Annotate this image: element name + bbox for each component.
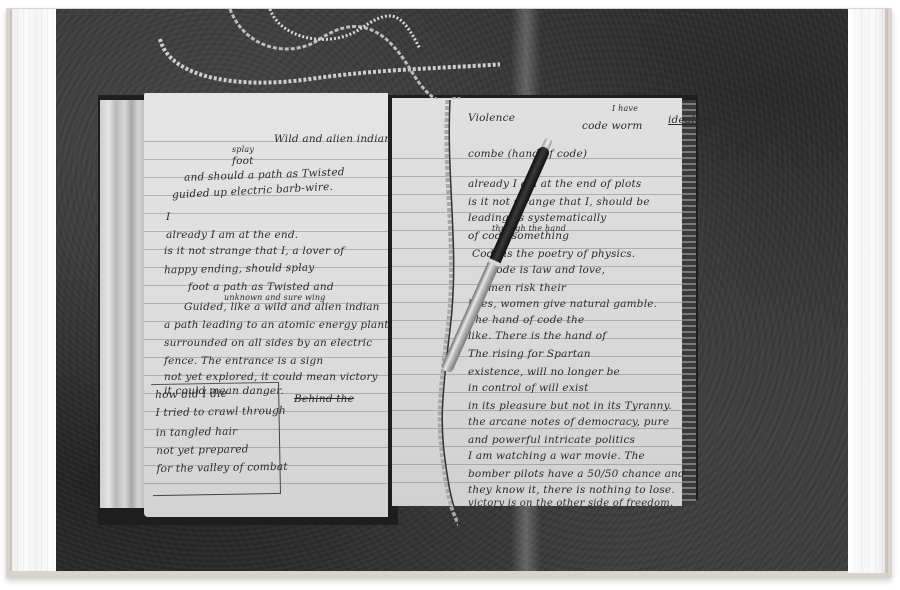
handwriting-annotation: idealism bbox=[668, 114, 714, 126]
handwriting-line: is it not strange that I, should be bbox=[468, 196, 650, 208]
handwriting-line: existence, will no longer be bbox=[468, 366, 620, 378]
handwriting-line: leading as systematically bbox=[468, 212, 606, 224]
poem-line: in tangled hair bbox=[156, 426, 238, 439]
handwriting-line: I am watching a war movie. The bbox=[468, 450, 645, 462]
handwriting-line: already I am at the end of plots bbox=[468, 178, 641, 190]
handwriting-line: in control of will exist bbox=[468, 382, 589, 394]
handwriting-header: Violence bbox=[468, 112, 515, 124]
handwriting-line: surrounded on all sides by an electric bbox=[164, 337, 372, 349]
handwriting-side-note: Behind the bbox=[294, 393, 354, 405]
notebook-cover-edge bbox=[682, 100, 696, 505]
poem-line: how did I die bbox=[155, 388, 227, 401]
handwriting-line: victory is on the other side of freedom. bbox=[468, 498, 673, 509]
book-page-edges-left bbox=[10, 9, 56, 571]
handwriting-line: The rising for Spartan bbox=[468, 348, 591, 360]
handwriting-line: fence. The entrance is a sign bbox=[164, 355, 323, 367]
notebook-page-stack bbox=[100, 100, 145, 508]
handwriting-line: is it not strange that I, a lover of bbox=[164, 245, 344, 257]
handwriting-line: the arcane notes of democracy, pure bbox=[468, 416, 669, 428]
book-page-edges-right bbox=[848, 9, 888, 573]
handwriting-header: Wild and alien indian bbox=[274, 133, 391, 145]
handwriting-line: a path leading to an atomic energy plant bbox=[164, 319, 389, 331]
handwriting-line: and powerful intricate politics bbox=[468, 434, 635, 446]
boxed-poem: how did I die I tried to crawl through i… bbox=[151, 382, 281, 496]
handwriting-line: men risk their bbox=[488, 282, 566, 294]
handwriting-line: The hand of code the bbox=[468, 314, 584, 326]
handwriting-line: like. There is the hand of bbox=[468, 330, 606, 342]
handwriting-line: Guided, like a wild and alien indian bbox=[184, 301, 380, 313]
handwriting-line: guided up electric barb-wire. bbox=[172, 181, 334, 201]
handwriting-annotation: code worm bbox=[582, 120, 643, 132]
handwriting-line: I bbox=[166, 211, 170, 223]
handwriting-line: happy ending, should splay bbox=[164, 262, 315, 277]
handwriting-annotation: foot bbox=[232, 155, 254, 167]
handwriting-annotation: I have bbox=[612, 104, 638, 113]
handwriting-line: foot a path as Twisted and bbox=[188, 281, 334, 293]
string-bookmark-tail bbox=[388, 100, 458, 570]
string-bookmark-loop bbox=[150, 9, 500, 99]
handwriting-line: bomber pilots have a 50/50 chance and bbox=[468, 468, 685, 480]
handwriting-line: lives, women give natural gamble. bbox=[468, 298, 657, 310]
handwriting-line: in its pleasure but not in its Tyranny. bbox=[468, 400, 672, 412]
poem-line: for the valley of combat bbox=[156, 461, 287, 475]
notebook-left-page: Wild and alien indian splay foot and sho… bbox=[144, 93, 388, 517]
poem-line: not yet prepared bbox=[156, 443, 249, 457]
handwriting-line: already I am at the end. bbox=[166, 229, 298, 241]
handwriting-annotation: splay bbox=[232, 145, 254, 154]
handwriting-line: they know it, there is nothing to lose. bbox=[468, 484, 675, 496]
handwriting-line: of code something bbox=[468, 230, 569, 242]
handwriting-line: combe (hand of code) bbox=[468, 148, 587, 160]
handwriting-line: Code is law and love, bbox=[488, 264, 605, 276]
poem-line: I tried to crawl through bbox=[155, 405, 286, 419]
